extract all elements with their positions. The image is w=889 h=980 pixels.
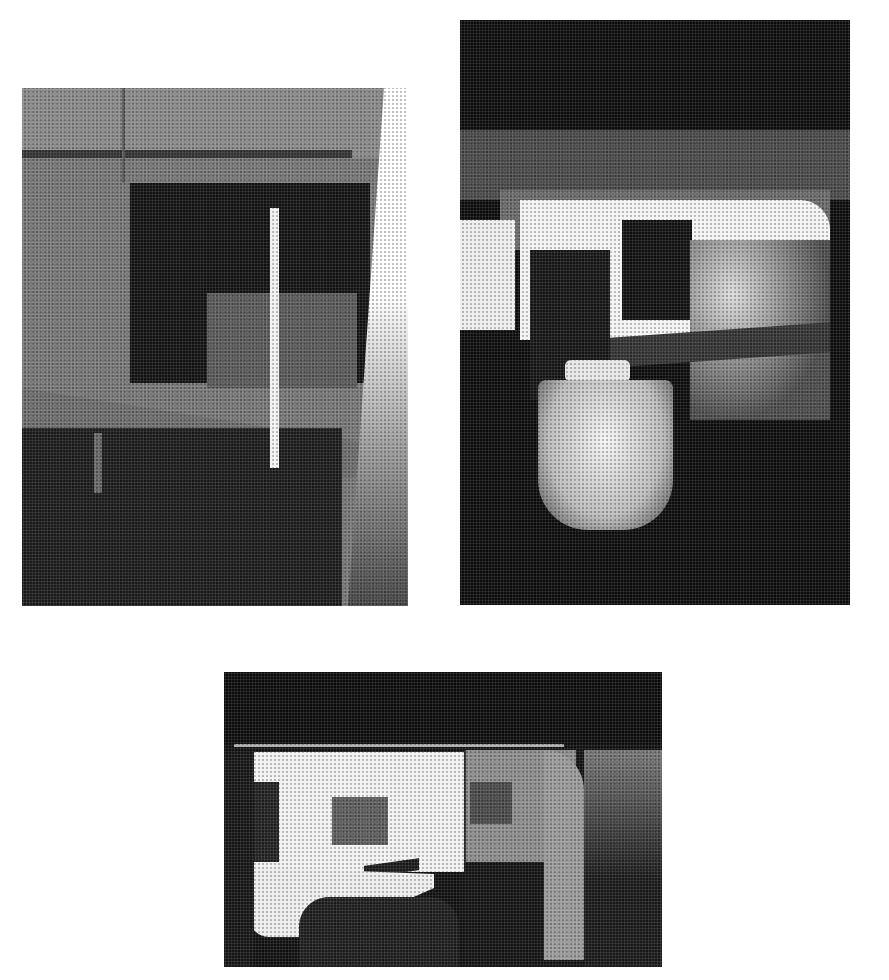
wall-seam [122,88,125,183]
window-opening [622,220,692,320]
back-wall [207,293,357,388]
white-pole [270,208,279,468]
photo-workstation [460,20,850,605]
monitor-2 [470,782,512,824]
wall-trim [22,150,352,158]
chair-top [565,360,630,382]
ceiling [224,672,662,744]
ceiling-rail [234,744,564,747]
left-partition [460,220,515,330]
desk-leg [94,433,102,493]
floor-shadow [22,428,342,606]
left-post [224,752,254,967]
photo-desk-corner [22,88,408,606]
chair [538,380,673,530]
chair-1 [299,897,459,967]
ceiling-wall [22,88,408,158]
monitor-1 [332,797,388,845]
curved-partition [544,750,584,960]
far-cubicles [584,750,662,967]
photo-cubicle-row [224,672,662,967]
